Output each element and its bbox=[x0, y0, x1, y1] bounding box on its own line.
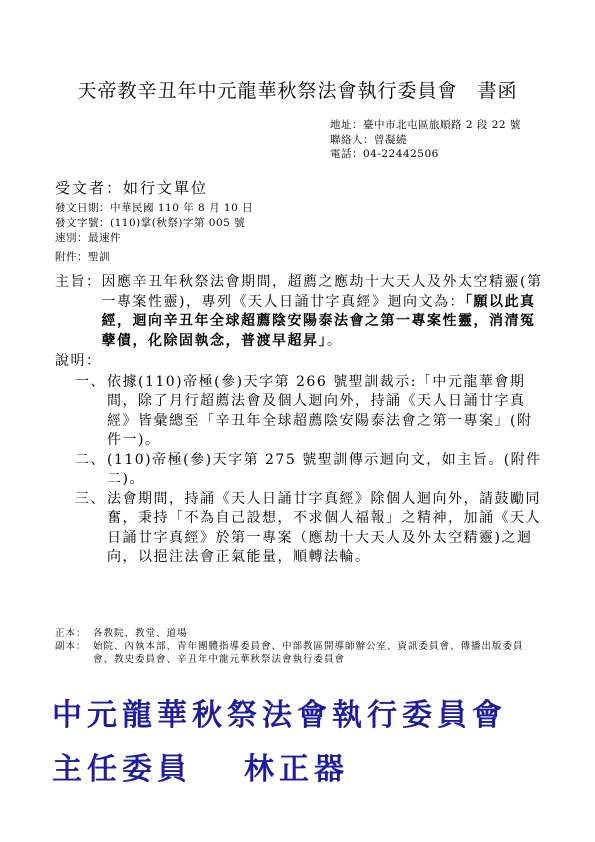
subject-text: 因應辛丑年秋祭法會期間，超薦之應劫十大天人及外太空精靈(第一專案性靈)，專列《天… bbox=[102, 273, 546, 351]
explanation-item-2: 二、 (110)帝極(參)天字第 275 號聖訓傳示迴向文，如主旨。(附件二)。 bbox=[75, 451, 547, 490]
explanation-section: 說明： 一、 依據(110)帝極(參)天字第 266 號聖訓裁示:「中元龍華會期… bbox=[55, 352, 547, 568]
explanation-item-1: 一、 依據(110)帝極(參)天字第 266 號聖訓裁示:「中元龍華會期間，除了… bbox=[75, 373, 547, 451]
official-letter-page: 天帝教辛丑年中元龍華秋祭法會執行委員會 書函 地址：臺中市北屯區旅順路 2 段 … bbox=[0, 0, 595, 842]
sender-info-block: 地址：臺中市北屯區旅順路 2 段 22 號 聯絡人：曾凝繞 電話：04-2244… bbox=[330, 118, 521, 162]
sender-phone: 電話：04-22442506 bbox=[330, 147, 521, 162]
original-copy-recipients: 各教院、教堂、道場 bbox=[93, 627, 533, 640]
subject-period: 。 bbox=[327, 333, 343, 349]
signature-role-name-line: 主任委員 林正器 bbox=[52, 744, 507, 788]
item-1-text: 依據(110)帝極(參)天字第 266 號聖訓裁示:「中元龍華會期間，除了月行超… bbox=[107, 373, 547, 451]
issue-date-line: 發文日期：中華民國 110 年 8 月 10 日 bbox=[55, 201, 253, 216]
signature-committee-name: 中元龍華秋祭法會執行委員會 bbox=[52, 690, 507, 734]
priority-line: 速別：最速件 bbox=[55, 231, 253, 246]
original-copy-row: 正本： 各教院、教堂、道場 bbox=[55, 627, 533, 640]
carbon-copy-label: 副本： bbox=[55, 640, 93, 666]
document-title: 天帝教辛丑年中元龍華秋祭法會執行委員會 書函 bbox=[0, 76, 595, 103]
document-meta-block: 發文日期：中華民國 110 年 8 月 10 日 發文字號：(110)掌(秋祭)… bbox=[55, 201, 253, 265]
original-copy-label: 正本： bbox=[55, 627, 93, 640]
carbon-copy-row: 副本： 始院、內執本部、青年團體指導委員會、中部教區開導師辦公室、資訊委員會、傳… bbox=[55, 640, 533, 666]
subject-paragraph: 主旨： 因應辛丑年秋祭法會期間，超薦之應劫十大天人及外太空精靈(第一專案性靈)，… bbox=[55, 273, 545, 351]
doc-number-line: 發文字號：(110)掌(秋祭)字第 005 號 bbox=[55, 216, 253, 231]
item-3-number: 三、 bbox=[75, 490, 107, 568]
item-3-text: 法會期間，持誦《天人日誦廿字真經》除個人迴向外，請鼓勵同奮，秉持「不為自己設想，… bbox=[107, 490, 547, 568]
explanation-label: 說明： bbox=[55, 352, 547, 372]
item-2-text: (110)帝極(參)天字第 275 號聖訓傳示迴向文，如主旨。(附件二)。 bbox=[107, 451, 547, 490]
item-2-number: 二、 bbox=[75, 451, 107, 490]
signature-person-name: 林正器 bbox=[244, 744, 349, 788]
signature-block: 中元龍華秋祭法會執行委員會 主任委員 林正器 bbox=[52, 690, 507, 788]
subject-label: 主旨： bbox=[55, 273, 102, 351]
carbon-copy-recipients: 始院、內執本部、青年團體指導委員會、中部教區開導師辦公室、資訊委員會、傳播出版委… bbox=[93, 640, 533, 666]
sender-address: 地址：臺中市北屯區旅順路 2 段 22 號 bbox=[330, 118, 521, 133]
signature-role: 主任委員 bbox=[52, 744, 192, 788]
sender-contact-person: 聯絡人：曾凝繞 bbox=[330, 133, 521, 148]
explanation-item-3: 三、 法會期間，持誦《天人日誦廿字真經》除個人迴向外，請鼓勵同奮，秉持「不為自己… bbox=[75, 490, 547, 568]
item-1-number: 一、 bbox=[75, 373, 107, 451]
attachment-line: 附件：聖訓 bbox=[55, 250, 253, 265]
recipient-line: 受文者：如行文單位 bbox=[55, 177, 208, 198]
distribution-section: 正本： 各教院、教堂、道場 副本： 始院、內執本部、青年團體指導委員會、中部教區… bbox=[55, 627, 533, 666]
